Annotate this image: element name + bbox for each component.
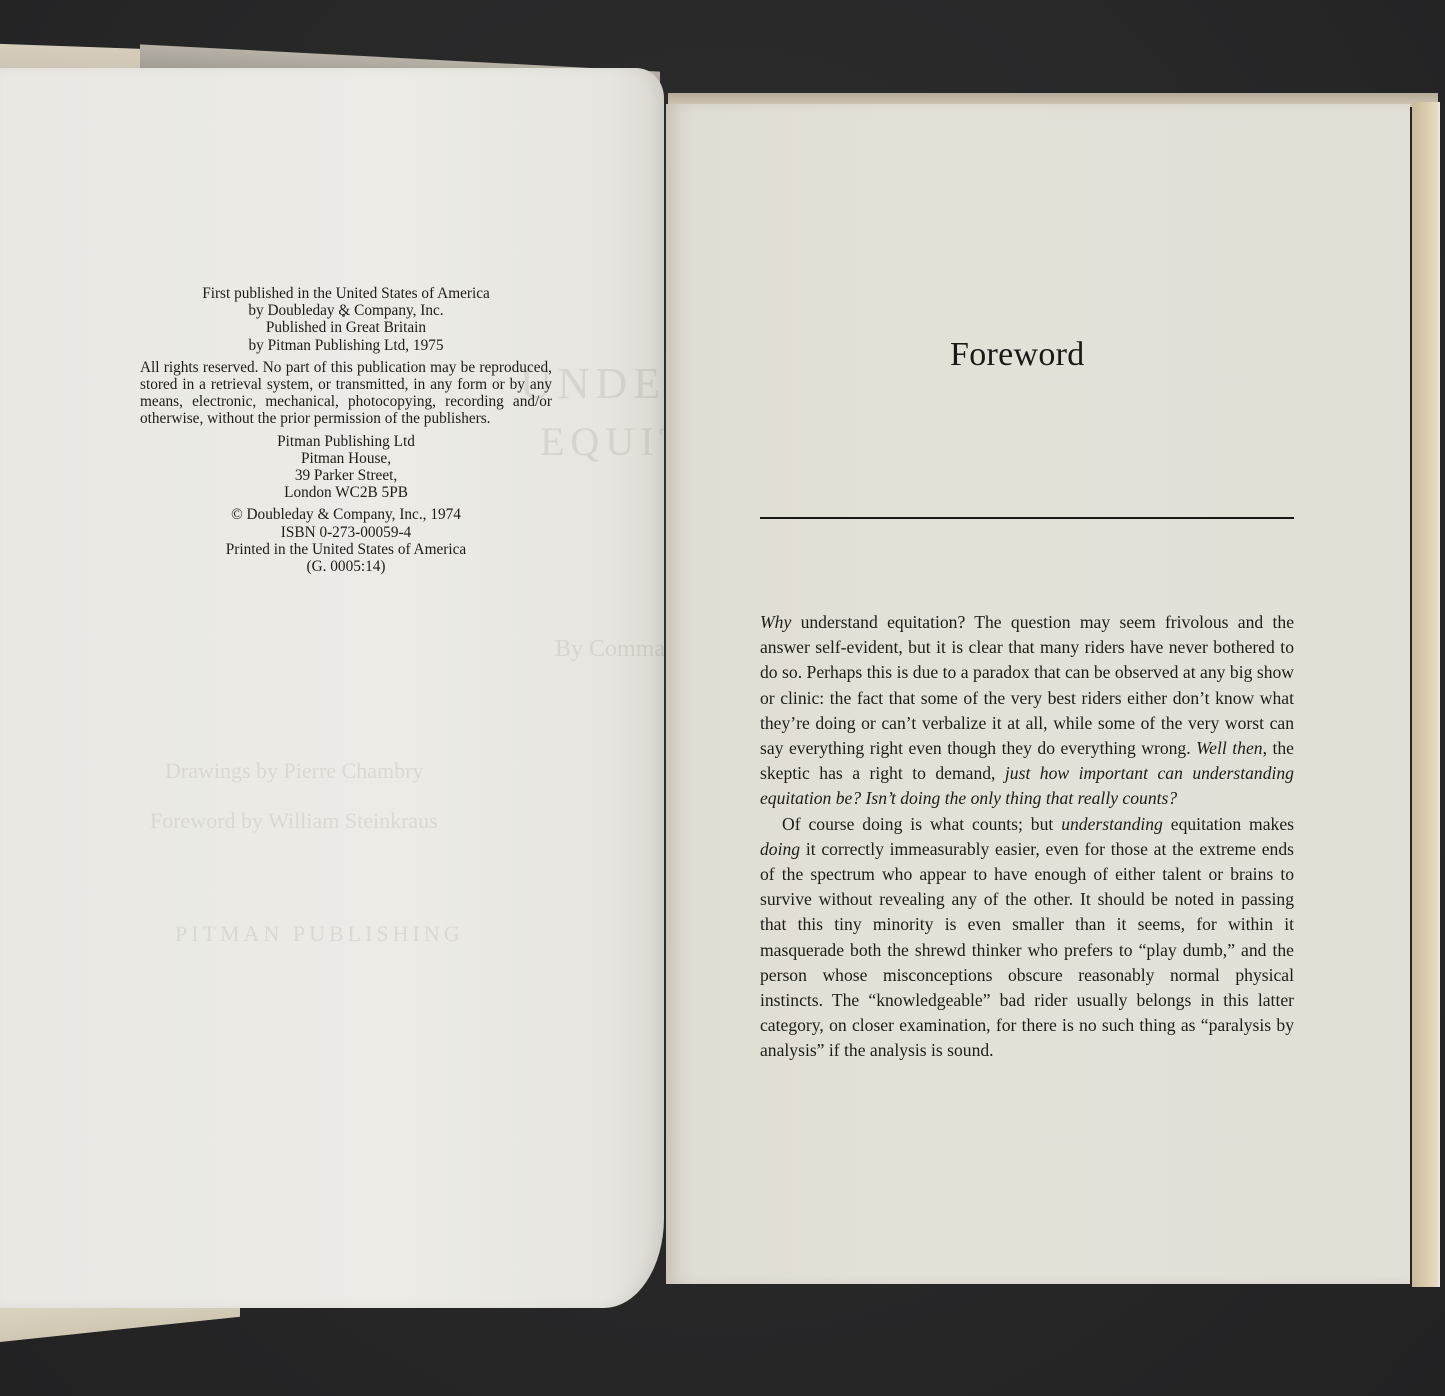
address-line: Pitman House, <box>140 450 552 467</box>
show-through-drawings: Drawings by Pierre Chambry <box>165 758 423 784</box>
first-published-block: First published in the United States of … <box>140 285 552 354</box>
address-line: Pitman Publishing Ltd <box>140 433 552 450</box>
isbn: ISBN 0-273-00059-4 <box>140 524 552 541</box>
copyright-line: by Doubleday & Company, Inc. <box>140 302 552 319</box>
body-text: understand equitation? The question may … <box>760 612 1294 758</box>
italic-text: Why <box>760 612 791 632</box>
print-code: (G. 0005:14) <box>140 558 552 575</box>
foreword-body: Why understand equitation? The question … <box>760 610 1294 1064</box>
italic-text: doing <box>760 839 800 859</box>
show-through-publisher: PITMAN PUBLISHING <box>175 921 464 947</box>
italic-text: understanding <box>1061 814 1163 834</box>
body-text: it correctly immeasurably easier, even f… <box>760 839 1294 1061</box>
left-page: UNDERSTANDING EQUITATION By Commandant J… <box>0 68 664 1308</box>
address-line: 39 Parker Street, <box>140 467 552 484</box>
show-through-foreword: Foreword by William Steinkraus <box>150 808 438 834</box>
body-text: Of course doing is what counts; but <box>782 814 1061 834</box>
rights-reserved-block: All rights reserved. No part of this pub… <box>140 359 552 428</box>
copyright-notice-block: © Doubleday & Company, Inc., 1974 ISBN 0… <box>140 506 552 575</box>
copyright-block: First published in the United States of … <box>140 285 552 580</box>
address-line: London WC2B 5PB <box>140 484 552 501</box>
publisher-address-block: Pitman Publishing Ltd Pitman House, 39 P… <box>140 433 552 502</box>
title-rule-divider <box>760 517 1294 519</box>
copyright-line: Published in Great Britain <box>140 319 552 336</box>
body-text: equitation makes <box>1163 814 1294 834</box>
paragraph: Why understand equitation? The question … <box>760 610 1294 812</box>
page-title: Foreword <box>950 336 1085 374</box>
paragraph: Of course doing is what counts; but unde… <box>760 812 1294 1064</box>
rights-text: All rights reserved. No part of this pub… <box>140 359 552 428</box>
copyright-line: First published in the United States of … <box>140 285 552 302</box>
copyright-line: by Pitman Publishing Ltd, 1975 <box>140 337 552 354</box>
italic-text: Well then <box>1196 738 1262 758</box>
copyright-notice: © Doubleday & Company, Inc., 1974 <box>140 506 552 523</box>
book-cover-edge-right <box>1412 102 1440 1287</box>
printed-in: Printed in the United States of America <box>140 541 552 558</box>
